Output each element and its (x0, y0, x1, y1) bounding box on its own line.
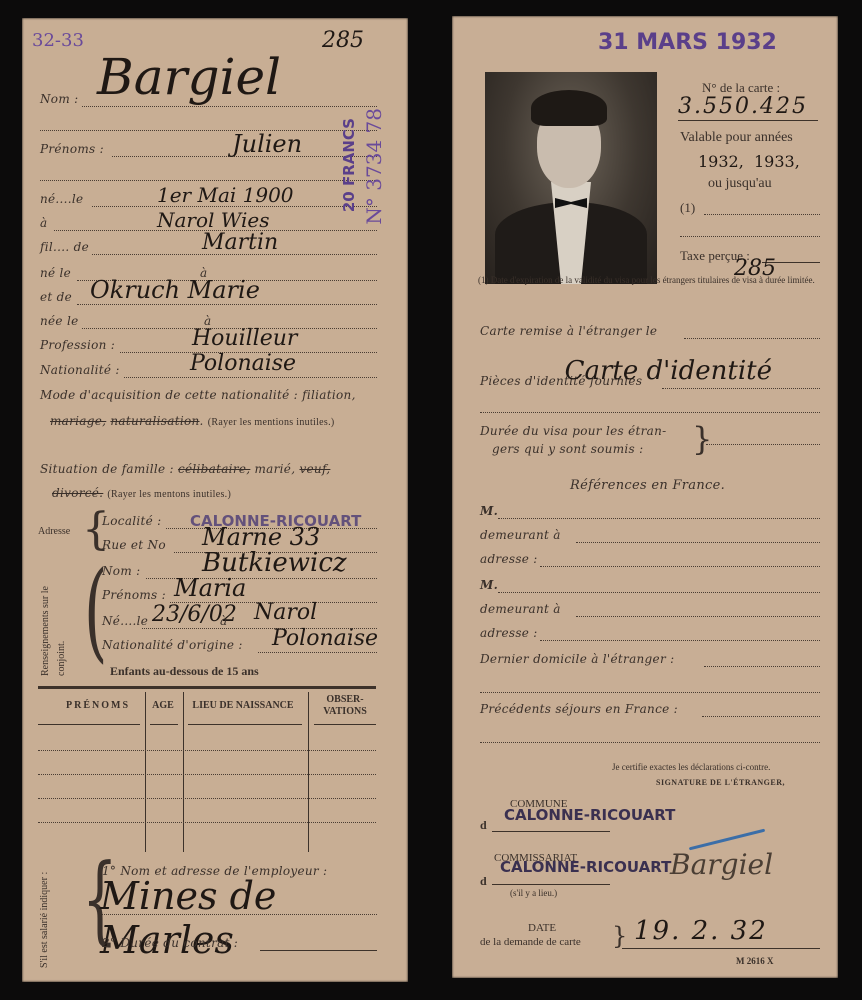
carte-no-line (678, 120, 818, 121)
conjoint-nat-line (258, 652, 377, 653)
col-divider-1 (145, 692, 146, 852)
pere-ne-le-label: né le (40, 266, 71, 280)
rue-label: Rue et No (102, 538, 166, 552)
ref-m-1-label: M. (480, 504, 498, 518)
conjoint-nat-label: Nationalité d'origine : (102, 638, 243, 652)
ref-adresse-1-label: adresse : (480, 552, 538, 566)
option-marie: marié, (255, 462, 296, 476)
commissariat-prefix: d (480, 874, 487, 889)
stamp-number: N° 3734 78 (362, 108, 386, 225)
sejours-label: Précédents séjours en France : (480, 702, 678, 716)
ref-adresse-2-label: adresse : (480, 626, 538, 640)
ref-demeurant-1-label: demeurant à (480, 528, 561, 542)
option-filiation: filiation, (302, 388, 356, 402)
ref-m-1-line (498, 518, 820, 519)
table-row (38, 774, 376, 775)
sejours-line-1 (702, 716, 820, 717)
dernier-domicile-line-2 (480, 692, 820, 693)
signature-value: Bargiel (670, 848, 773, 881)
commissariat-line (492, 884, 610, 885)
form-code: M 2616 X (736, 956, 774, 966)
jusquau-label: ou jusqu'au (708, 176, 772, 192)
conjoint-prenoms-value: Maria (174, 574, 246, 602)
table-row (38, 798, 376, 799)
prenoms-label: Prénoms : (40, 142, 104, 156)
mode-acquisition-line-2: mariage, naturalisation. (Rayer les ment… (50, 414, 390, 428)
carte-no-value: 3.550.425 (678, 94, 808, 119)
ref-adresse-2-line (540, 640, 820, 641)
option-mariage-struck: mariage, (50, 414, 106, 428)
jusquau-line-1 (704, 214, 820, 215)
jusquau-line-2 (680, 236, 820, 237)
employeur-group-label: S'il est salarié indiquer : (36, 858, 54, 968)
commune-stamp: CALONNE-RICOUART (504, 806, 675, 824)
jusquau-marker: (1) (680, 200, 695, 216)
date-brace: } (612, 922, 627, 950)
duree-visa-label-2: gers qui y sont soumis : (492, 442, 643, 456)
card-number-handwritten: 285 (322, 28, 364, 53)
commune-prefix: d (480, 818, 487, 833)
option-divorce-struck: divorcé. (52, 486, 103, 500)
period: . (200, 414, 204, 428)
conjoint-prenoms-label: Prénoms : (102, 588, 166, 602)
enfants-table: PRÉNOMS AGE LIEU DE NAISSANCE OBSER-VATI… (38, 692, 376, 854)
duree-visa-label-1: Durée du visa pour les étran- (480, 424, 666, 438)
table-row (38, 822, 376, 823)
date-label: DATE (528, 922, 556, 934)
nom-line-2 (40, 130, 377, 131)
col-prenoms-header: PRÉNOMS (48, 700, 148, 711)
references-title: Références en France. (570, 478, 725, 493)
left-card: 32-33 285 Nom : Bargiel Prénoms : Julien… (22, 18, 408, 982)
photo-hair (531, 90, 607, 126)
et-de-label: et de (40, 290, 72, 304)
situation-famille-label: Situation de famille : (40, 462, 174, 476)
option-veuf-struck: veuf, (299, 462, 330, 476)
ref-demeurant-1-line (576, 542, 820, 543)
a-label: à (40, 216, 47, 230)
table-row (38, 750, 376, 751)
prenoms-line-2 (40, 180, 377, 181)
nationalite-line (124, 377, 377, 378)
fils-de-label: fil.... de (40, 240, 89, 254)
nom-value: Bargiel (97, 48, 281, 106)
mode-acquisition-note: (Rayer les mentions inutiles.) (208, 417, 335, 428)
date-line (622, 948, 820, 949)
adresse-group-label: Adresse (38, 526, 70, 537)
annee-1: 1932, (698, 152, 744, 171)
duree-visa-line (706, 444, 820, 445)
col-divider-2 (183, 692, 184, 852)
ref-demeurant-2-line (576, 616, 820, 617)
situation-famille-note: (Rayer les mentons inutiles.) (107, 489, 231, 500)
employeur-duree-line (260, 950, 377, 951)
ref-m-2-label: M. (480, 578, 498, 592)
carte-remise-line (684, 338, 820, 339)
nationalite-value: Polonaise (190, 351, 296, 376)
mode-acquisition: Mode d'acquisition de cette nationalité … (40, 388, 380, 402)
header-underline-2 (150, 724, 178, 725)
header-underline-1 (38, 724, 140, 725)
date-sublabel: de la demande de carte (480, 936, 581, 948)
conjoint-nom-label: Nom : (102, 564, 140, 578)
pieces-line-2 (480, 412, 820, 413)
carte-remise-label: Carte remise à l'étranger le (480, 324, 657, 338)
col-lieu-header: LIEU DE NAISSANCE (184, 700, 302, 711)
id-photo (485, 72, 657, 284)
a-value: Narol Wies (157, 208, 269, 232)
ne-le-label: né....le (40, 192, 83, 206)
situation-famille-line-2: divorcé. (Rayer les mentons inutiles.) (52, 486, 231, 500)
sejours-line-2 (480, 742, 820, 743)
date-stamp: 31 MARS 1932 (598, 30, 777, 55)
option-naturalisation-struck: naturalisation (110, 414, 199, 428)
certify-text: Je certifie exactes les déclarations ci-… (612, 762, 770, 772)
option-celibataire-struck: célibataire, (178, 462, 250, 476)
commissariat-stamp: CALONNE-RICOUART (500, 858, 671, 876)
pieces-line-1 (662, 388, 820, 389)
conjoint-group-label: Renseignements sur le conjoint. (38, 566, 70, 676)
nationalite-label: Nationalité : (40, 363, 120, 377)
conjoint-ne-label: Né....le (102, 614, 148, 628)
dernier-domicile-label: Dernier domicile à l'étranger : (480, 652, 674, 666)
right-card: 31 MARS 1932 N° de la carte : 3.550.425 … (452, 16, 838, 978)
col-divider-3 (308, 692, 309, 852)
duree-visa-brace: } (692, 422, 712, 456)
corner-note: 32-33 (32, 30, 84, 51)
conjoint-nat-value: Polonaise (272, 626, 378, 651)
visa-footnote: (1) Date d'expiration de la validité du … (478, 274, 824, 287)
ref-adresse-1-line (540, 566, 820, 567)
fiscal-stamp: 20 FRANCS (340, 118, 358, 212)
valable-label: Valable pour années (680, 130, 793, 146)
profession-value: Houilleur (192, 326, 297, 351)
localite-label: Localité : (102, 514, 162, 528)
header-underline-4 (314, 724, 376, 725)
nom-line (82, 106, 377, 107)
et-de-value: Okruch Marie (90, 276, 260, 304)
enfants-title: Enfants au-dessous de 15 ans (110, 664, 259, 679)
commissariat-note: (s'il y a lieu.) (510, 888, 557, 898)
mere-nee-le-label: née le (40, 314, 79, 328)
annee-2: 1933, (754, 152, 800, 171)
pieces-value: Carte d'identité (512, 356, 772, 386)
dernier-domicile-line-1 (704, 666, 820, 667)
ref-demeurant-2-label: demeurant à (480, 602, 561, 616)
ref-m-2-line (498, 592, 820, 593)
fils-de-value: Martin (202, 230, 278, 255)
header-underline-3 (188, 724, 302, 725)
enfants-top-rule (38, 686, 376, 689)
employeur-duree-label: 2° Durée du contrat : (102, 936, 238, 950)
signature-label: SIGNATURE DE L'ÉTRANGER, (656, 778, 785, 787)
date-value: 19. 2. 32 (634, 916, 768, 946)
nom-label: Nom : (40, 92, 78, 106)
rue-value: Marne 33 (202, 523, 320, 551)
mode-acquisition-label: Mode d'acquisition de cette nationalité … (40, 388, 298, 402)
col-age-header: AGE (148, 700, 178, 711)
prenoms-value: Julien (232, 130, 302, 158)
profession-label: Profession : (40, 338, 115, 352)
et-de-line (77, 304, 377, 305)
col-observations-header: OBSER-VATIONS (314, 694, 376, 718)
situation-famille: Situation de famille : célibataire, mari… (40, 462, 390, 476)
conjoint-a-label: à (220, 614, 227, 628)
ne-le-value: 1er Mai 1900 (157, 183, 294, 207)
conjoint-a-value: Narol (254, 600, 317, 625)
commune-line (492, 831, 610, 832)
